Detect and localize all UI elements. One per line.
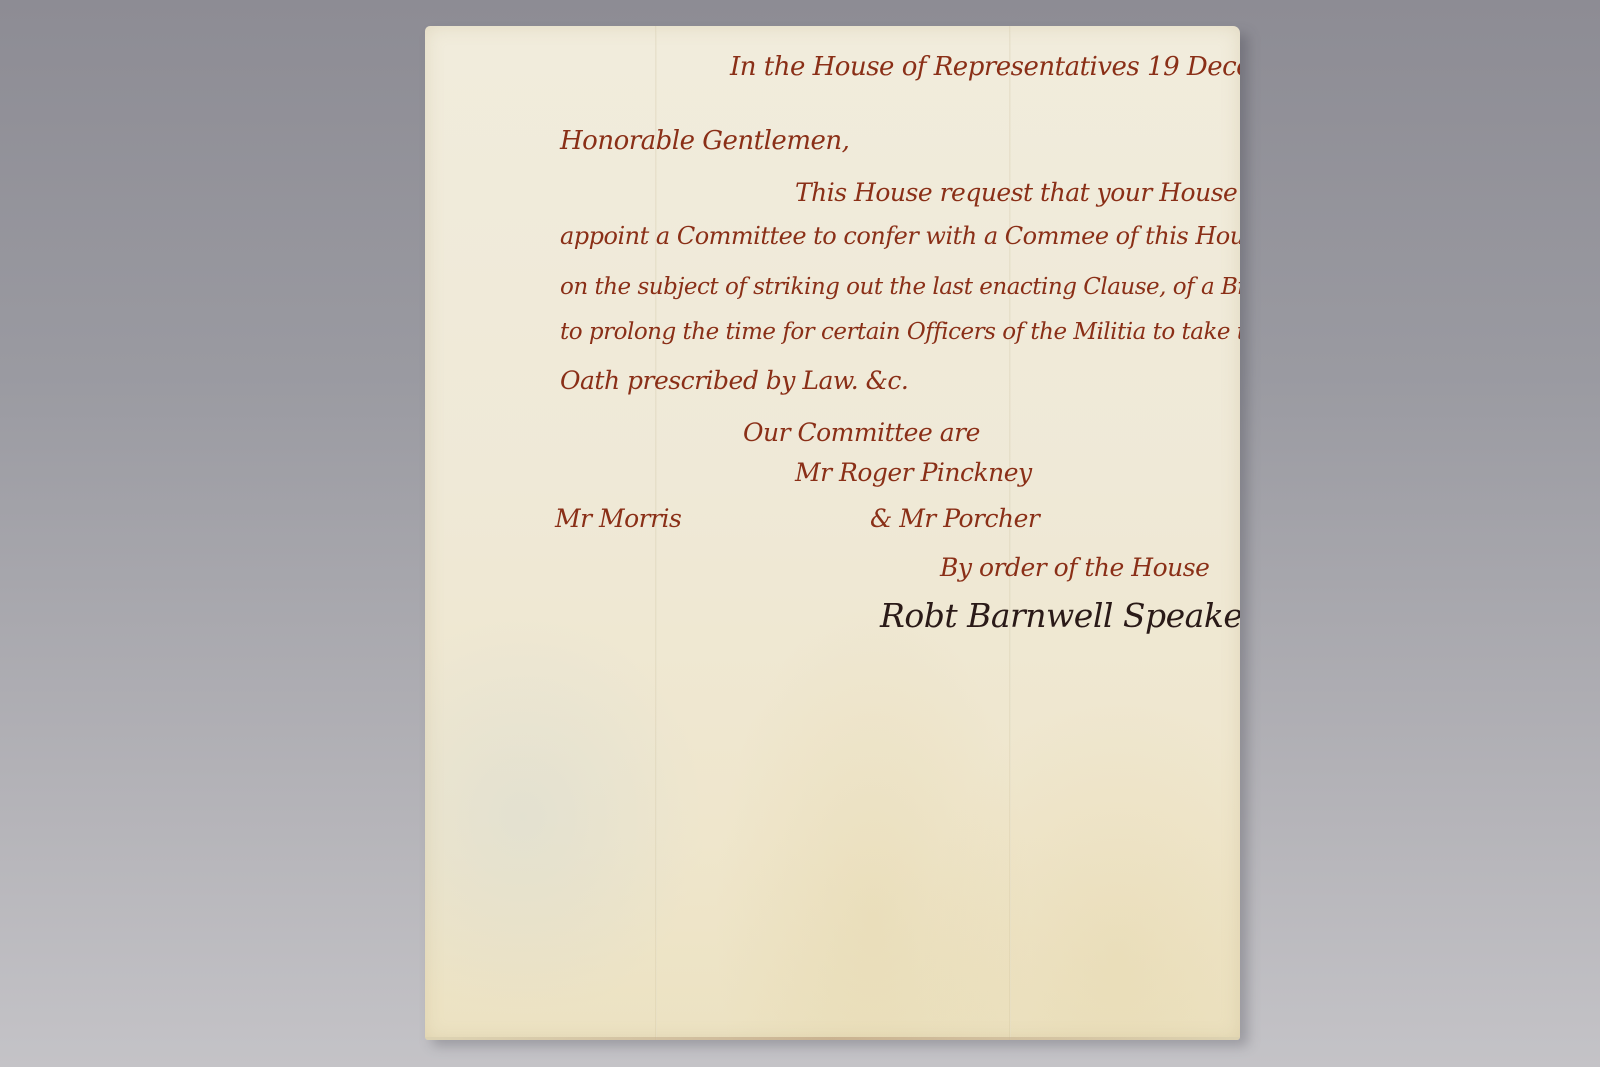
closing-line: By order of the House (940, 553, 1209, 582)
body-line: on the subject of striking out the last … (560, 274, 1240, 300)
letter-heading: In the House of Representatives 19 Decem… (730, 52, 1240, 82)
letter-paper: In the House of Representatives 19 Decem… (425, 26, 1240, 1040)
committee-member: & Mr Porcher (870, 504, 1039, 533)
signature: Robt Barnwell Speaker (880, 596, 1240, 635)
body-line: appoint a Committee to confer with a Com… (560, 222, 1240, 250)
body-line: Oath prescribed by Law. &c. (560, 366, 908, 395)
committee-intro: Our Committee are (743, 418, 980, 447)
fold-line (655, 26, 657, 1040)
body-line: to prolong the time for certain Officers… (560, 319, 1240, 345)
committee-member: Mr Roger Pinckney (795, 458, 1032, 487)
body-line: This House request that your House will (795, 178, 1240, 207)
salutation: Honorable Gentlemen, (560, 126, 849, 156)
paper-edge (425, 1037, 1240, 1040)
committee-member: Mr Morris (555, 504, 681, 533)
